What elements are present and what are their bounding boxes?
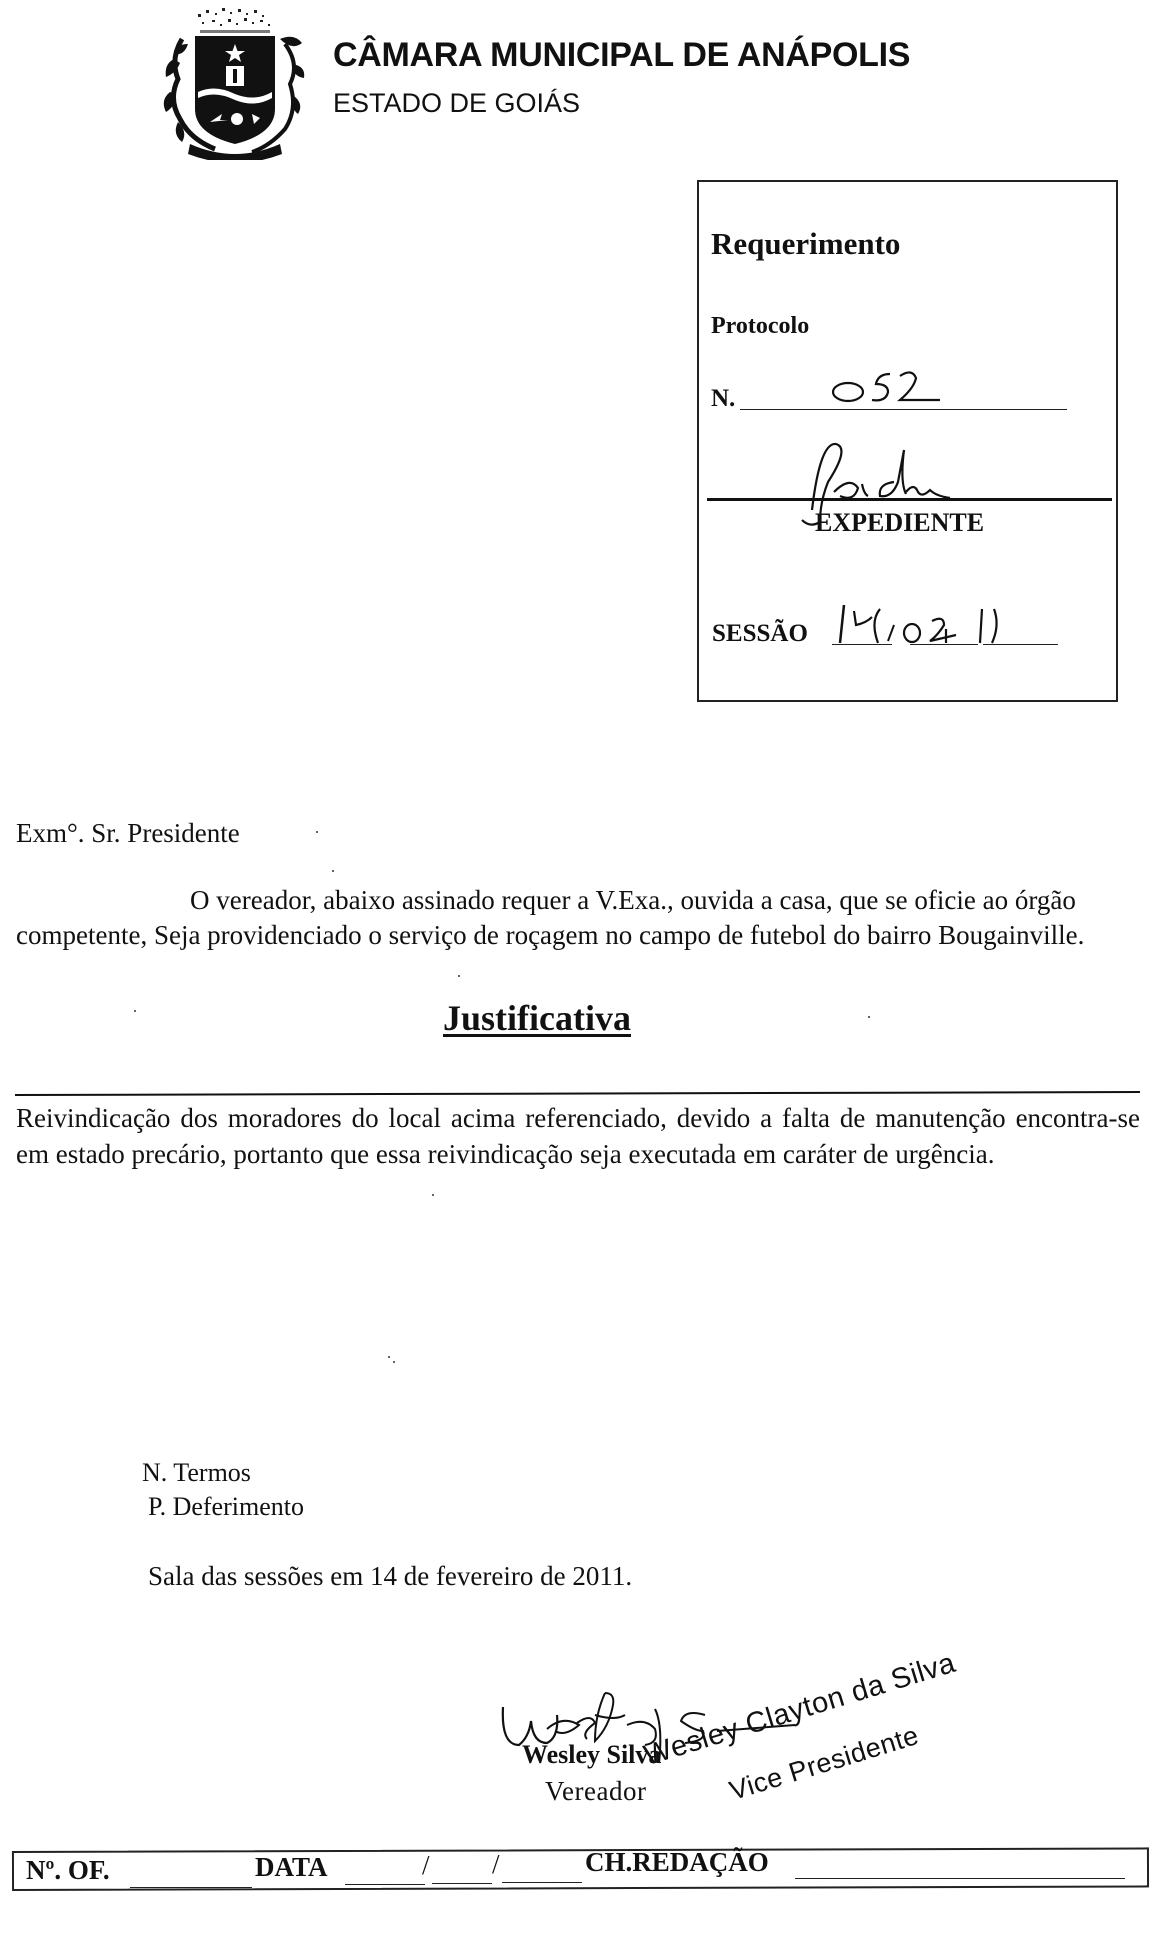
- footer-date-separator: /: [422, 1850, 430, 1881]
- footer-box: [12, 1847, 1149, 1891]
- footer-date-label: DATA: [255, 1852, 328, 1883]
- expediente-rule: [707, 498, 1112, 501]
- footer-date-day-line: [345, 1884, 425, 1885]
- scan-speck: [332, 870, 334, 872]
- footer-date-month-line: [432, 1883, 492, 1884]
- scan-speck: [393, 1361, 395, 1363]
- scan-speck: [458, 975, 460, 977]
- scan-speck: [868, 1016, 870, 1018]
- justification-rule: [15, 1091, 1140, 1096]
- coat-of-arms-icon: [160, 4, 310, 160]
- justification-heading: Justificativa: [443, 997, 631, 1039]
- scan-speck: [388, 1356, 390, 1358]
- institution-title: CÂMARA MUNICIPAL DE ANÁPOLIS: [333, 36, 910, 75]
- scan-speck: [432, 1194, 434, 1196]
- justification-paragraph: Reivindicação dos moradores do local aci…: [16, 1100, 1140, 1172]
- request-text: O vereador, abaixo assinado requer a V.E…: [16, 885, 1084, 950]
- state-subtitle: ESTADO DE GOIÁS: [333, 88, 580, 119]
- protocol-number-handwritten: [830, 362, 950, 412]
- session-label: SESSÃO: [712, 620, 808, 648]
- signer-role: Vereador: [545, 1776, 646, 1807]
- closing-termos: N. Termos: [142, 1458, 251, 1488]
- requerimento-heading: Requerimento: [711, 226, 900, 262]
- protocol-number-label: N.: [711, 385, 735, 413]
- footer-number-line: [130, 1887, 252, 1888]
- closing-deferimento: P. Deferimento: [148, 1492, 304, 1522]
- footer-date-year-line: [502, 1882, 582, 1883]
- scan-speck: [316, 831, 318, 833]
- session-date-handwritten: [832, 595, 1072, 650]
- salutation: Exm°. Sr. Presidente: [16, 818, 240, 849]
- session-date-line: Sala das sessões em 14 de fevereiro de 2…: [148, 1561, 632, 1592]
- scan-speck: [134, 1010, 136, 1012]
- request-paragraph: O vereador, abaixo assinado requer a V.E…: [16, 883, 1122, 953]
- expediente-label: EXPEDIENTE: [815, 508, 984, 538]
- footer-redaction-line: [795, 1878, 1125, 1879]
- footer-date-separator: /: [492, 1849, 500, 1880]
- protocol-label: Protocolo: [711, 313, 809, 340]
- footer-redaction-label: CH.REDAÇÃO: [585, 1847, 769, 1878]
- footer-number-label: Nº. OF.: [26, 1855, 110, 1886]
